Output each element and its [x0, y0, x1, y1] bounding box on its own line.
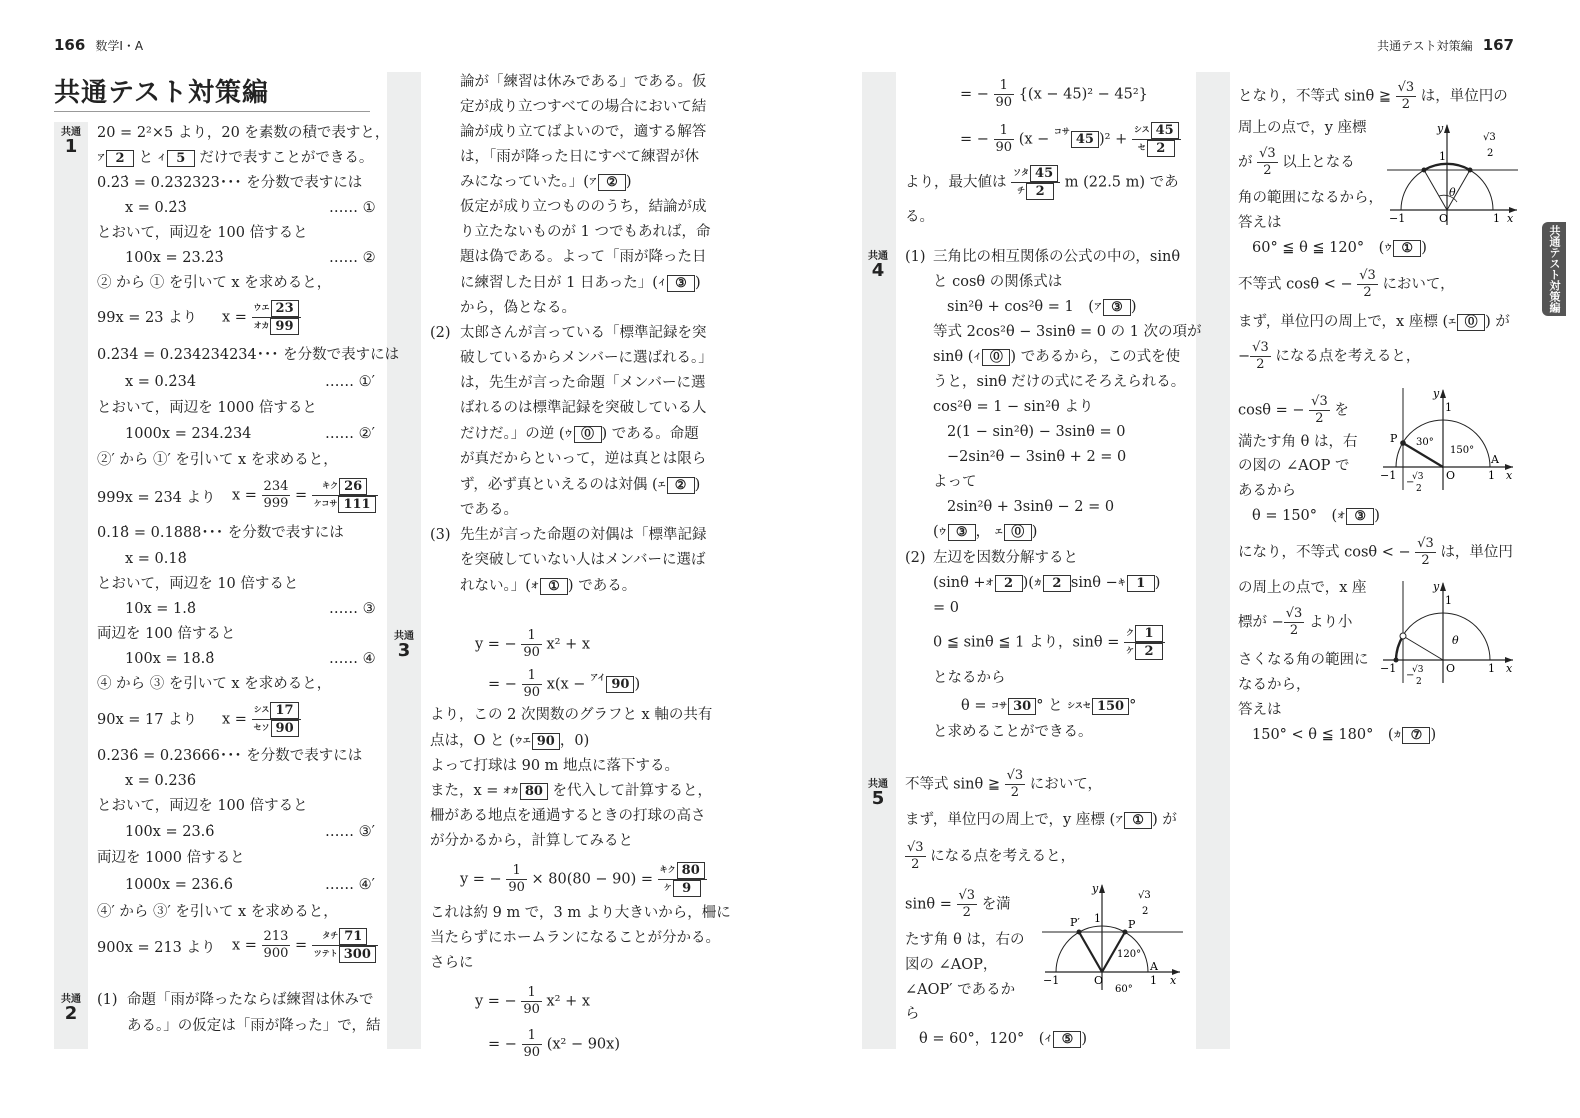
eq-number: …… ①′: [325, 372, 375, 392]
label-a: A: [1149, 960, 1159, 973]
label-y-one: 1: [1439, 150, 1446, 163]
answer-line: ず，必ず真といえるのは対偶 (エ②): [460, 475, 700, 495]
right-page-header: 共通テスト対策編167: [1367, 36, 1514, 54]
text-line: 不等式 cosθ < − √32 において，: [1238, 268, 1455, 304]
label-x: x: [1507, 212, 1514, 225]
text-line: が真だからといって，逆は真とは限ら: [460, 449, 706, 469]
right-gutter-col1: [862, 72, 896, 1049]
side-index-tab[interactable]: 共通テスト対策編: [1542, 222, 1566, 316]
text-line: とおいて，両辺を 100 倍すると: [97, 796, 308, 816]
problem-label-2: 共通2: [55, 995, 87, 1023]
answer-line: みになっていた。」(ア②): [460, 172, 632, 192]
answer-box-o: 2: [995, 575, 1023, 592]
label-one: 1: [1488, 662, 1495, 675]
equation: x = 0.18̇: [97, 549, 187, 569]
answer-box-o: ①: [540, 578, 568, 595]
answer-box-kosa: 30: [1008, 698, 1036, 715]
text-line: は，先生が言った命題「メンバーに選: [460, 373, 705, 393]
answer-box-i: ③: [667, 275, 695, 292]
answer-box-o: ③: [1346, 508, 1374, 525]
answer-line: だけだ。」の逆 (ウ⓪) である。命題: [460, 424, 699, 444]
label-angle-60: 60°: [1115, 984, 1133, 995]
text-line: 満たす角 θ は，右: [1238, 432, 1357, 452]
left-page-header: 166数学Ⅰ・A: [54, 36, 153, 54]
text-line: ばれるのは標準記録を突破している人: [460, 398, 707, 418]
right-section-title: 共通テスト対策編: [1377, 39, 1473, 53]
text-line: 周上の点で，y 座標: [1238, 118, 1367, 138]
text-line: さくなる角の範囲に: [1238, 650, 1369, 670]
answer-box-sota: 45: [1030, 165, 1058, 182]
text-line: と cosθ の関係式は: [933, 272, 1062, 292]
text-line: 不等式 sinθ ≧ √32 において，: [905, 768, 1102, 804]
eq-number: …… ①: [329, 198, 376, 218]
equation: 2sin²θ + 3sinθ − 2 = 0: [947, 497, 1114, 517]
text-line: ④ から ③ を引いて x を求めると，: [97, 674, 331, 694]
answer-line: まず，単位円の周上で，y 座標 (ア①) が: [905, 810, 1177, 830]
label-y: y: [1091, 882, 1099, 895]
answer-box-ai: 90: [606, 676, 634, 693]
text-line: は，「雨が降った日にすべて練習が休: [460, 147, 699, 167]
text-line: ある。」の仮定は「雨が降った」で，結: [127, 1016, 380, 1036]
fraction-answer: x = 213900 = タチ71ツテト300: [232, 928, 378, 968]
label-x: x: [1506, 662, 1513, 675]
equation: y = − 190 x² + x: [475, 985, 590, 1015]
label-y-one: 1: [1445, 401, 1452, 414]
answer-line: 150° < θ ≦ 180° (カ⑦): [1252, 725, 1436, 745]
text-line: ② から ① を引いて x を求めると，: [97, 273, 331, 293]
answer-box-a: ③: [1103, 299, 1131, 316]
text-line: あるから: [1238, 481, 1296, 501]
label-angle-150: 150°: [1450, 445, 1474, 456]
label-minus-one: −1: [1389, 212, 1405, 225]
text-line: ④′ から ③′ を引いて x を求めると，: [97, 902, 338, 922]
text-line: 標が −√32 より小: [1238, 606, 1352, 642]
text-line: の図の ∠AOP で: [1238, 456, 1349, 476]
answer-line: sinθ (イ⓪) であるから，この式を使: [933, 347, 1180, 367]
eq-number: …… ③: [329, 599, 376, 619]
text-line: 論が成り立てばよいので，適する解答: [460, 122, 706, 142]
problem-label-3: 共通3: [388, 632, 420, 660]
answer-line: より，最大値は ソタ45チ2 m (22.5 m) であ: [905, 165, 1179, 201]
equation: 1000x = 236.6̇: [97, 875, 233, 895]
label-minus-one: −1: [1043, 974, 1059, 987]
text-line: 論が「練習は休みである」である。仮: [460, 72, 707, 92]
answer-line: ア2 と イ5 だけで表すことができる。: [97, 148, 373, 168]
label-two: 2: [1416, 484, 1422, 494]
text-line: 両辺を 1000 倍すると: [97, 848, 245, 868]
unit-circle-diagram-cos-range: −1 O 1 x y 1 θ − √3 2: [1378, 578, 1518, 688]
text-line: り立たないものが 1 つでもあれば，命: [460, 222, 710, 242]
text-line: 0.2̇34̇ = 0.234234234･･･ を分数で表すには: [97, 345, 399, 365]
equation: 2(1 − sin²θ) − 3sinθ = 0: [947, 422, 1125, 442]
answer-box-i: ⑤: [1053, 1031, 1081, 1048]
answer-box-kosa: 45: [1071, 131, 1099, 148]
label-two: 2: [1416, 677, 1422, 687]
answer-line: sin²θ + cos²θ = 1 (ア③): [947, 297, 1137, 317]
label-x: x: [1170, 974, 1177, 987]
label-two: 2: [1142, 906, 1148, 917]
text-line: 角の範囲になるから，: [1238, 188, 1383, 208]
equation: y = − 190 × 80(80 − 90) = キク80ケ9: [460, 862, 707, 898]
equation: 99x = 23 より: [97, 308, 197, 328]
answer-box-ke: 2: [1135, 643, 1163, 660]
text-line: 破しているからメンバーに選ばれる。」: [460, 348, 713, 368]
text-line: 0.18̇ = 0.1888･･･ を分数で表すには: [97, 523, 344, 543]
label-origin: O: [1439, 212, 1448, 225]
fraction-answer: x = ウエ23オカ99: [222, 300, 301, 340]
equation: y = − 190 x² + x: [475, 628, 590, 658]
right-page-number: 167: [1483, 36, 1514, 54]
eq-number: …… ④′: [325, 875, 375, 895]
answer-line: (ウ③， エ⓪): [933, 522, 1037, 542]
unit-circle-diagram-sin: −1 O 1 x y 1 P P′ A 120° 60° √3 2: [1040, 880, 1185, 995]
answer-box-ka: ⑦: [1402, 727, 1430, 744]
eq-number: …… ④: [329, 649, 376, 669]
text-line: ②′ から ①′ を引いて x を求めると，: [97, 450, 338, 470]
text-line: なるから，: [1238, 675, 1311, 695]
answer-box-shisu: 45: [1151, 122, 1179, 139]
answer-line: 0 ≦ sinθ ≦ 1 より，sinθ = ク1ケ2: [933, 625, 1165, 661]
answer-box-u: ③: [948, 524, 976, 541]
answer-line: (sinθ +オ2)(カ2sinθ −キ1): [933, 573, 1160, 593]
left-section-title: 数学Ⅰ・A: [95, 39, 143, 53]
answer-line: に練習した日が 1 日あった」(イ③): [460, 273, 701, 293]
label-p: P: [1128, 918, 1136, 931]
answer-line: 点は，O と (ウエ90，0): [430, 731, 589, 751]
left-gutter-col2: [387, 72, 421, 1049]
answer-line: れない。」(オ①) である。: [460, 576, 636, 596]
label-angle-120: 120°: [1117, 949, 1141, 960]
label-sqrt3: √3: [1483, 132, 1496, 143]
left-gutter-col1: [54, 122, 88, 1049]
text-line: 両辺を 100 倍すると: [97, 624, 235, 644]
label-angle-30: 30°: [1416, 437, 1434, 448]
equation: = 0: [933, 598, 959, 618]
eq-number: …… ③′: [325, 822, 375, 842]
equation: 90x = 17 より: [97, 710, 197, 730]
text-line: 先生が言った命題の対偶は「標準記録: [460, 525, 707, 545]
text-line: sinθ = √32 を満: [905, 888, 1011, 924]
answer-box-u: ⓪: [574, 426, 602, 443]
label-theta: θ: [1452, 634, 1459, 647]
text-line: 定が成り立つすべての場合において結: [460, 97, 706, 117]
text-line: 答えは: [1238, 700, 1282, 720]
answer-line: θ = 60°，120° (イ⑤): [919, 1029, 1087, 1049]
equation: x = 0.2̇34̇: [97, 372, 196, 392]
answer-box-e: ⓪: [1004, 524, 1032, 541]
text-line: 図の ∠AOP，: [905, 955, 997, 975]
unit-circle-diagram-cos: −1 O 1 x y 1 P A 30° 150° − √3 2: [1378, 385, 1518, 495]
text-line: とおいて，両辺を 1000 倍すると: [97, 398, 317, 418]
answer-box-se: 2: [1147, 140, 1175, 157]
answer-box-chi: 2: [1026, 183, 1054, 200]
equation: 10x = 1.8̇: [97, 599, 196, 619]
equation: −2sin²θ − 3sinθ + 2 = 0: [947, 447, 1126, 467]
answer-box-shisu: 17: [270, 702, 298, 719]
label-sqrt3: √3: [1412, 664, 1424, 675]
label-origin: O: [1094, 974, 1103, 987]
answer-box-kiku: 26: [339, 478, 367, 495]
label-origin: O: [1446, 662, 1455, 675]
equation: cos²θ = 1 − sin²θ より: [933, 397, 1093, 417]
text-line: である。: [460, 500, 518, 520]
text-line: 仮定が成り立つもののうち，結論が成: [460, 197, 707, 217]
answer-box-oka: 80: [520, 783, 548, 800]
label-minus-one: −1: [1380, 662, 1396, 675]
answer-box-ke: 9: [673, 880, 701, 897]
equation: 100x = 23.2̇3̇: [97, 248, 224, 268]
problem-label-1: 共通1: [55, 128, 87, 156]
label-x: x: [1506, 469, 1513, 482]
label-one: 1: [1493, 212, 1500, 225]
sub-question-number: (2): [905, 548, 926, 568]
text-line: よって打球は 90 m 地点に落下する。: [430, 756, 679, 776]
answer-box-a: ①: [1124, 812, 1152, 829]
text-line: cosθ = − √32 を: [1238, 394, 1349, 430]
label-p: P: [1390, 432, 1398, 445]
label-y: y: [1432, 387, 1440, 400]
text-line: さらに: [430, 953, 474, 973]
text-line: 0.236̇ = 0.23666･･･ を分数で表すには: [97, 746, 362, 766]
equation: = − 190 {(x − 45)² − 45²}: [960, 78, 1148, 108]
text-line: うと，sinθ だけの式にそろえられる。: [933, 372, 1185, 392]
equation: = − 190 (x − コサ45)² + シス45セ2: [960, 122, 1181, 158]
text-line: 柵がある地点を通過するときの打球の高さ: [430, 806, 706, 826]
label-y: y: [1432, 580, 1440, 593]
answer-box-ka: 2: [1043, 575, 1071, 592]
answer-box-shisuse: 150: [1092, 698, 1129, 715]
answer-box-a: 2: [106, 150, 134, 167]
text-line: となるから: [933, 668, 1006, 688]
text-line: ∠AOP′ であるか: [905, 980, 1015, 1000]
equation: 100x = 18.8̇: [97, 649, 215, 669]
text-line: 三角比の相互関係の公式の中の，sinθ: [933, 247, 1180, 267]
sub-question-number: (1): [905, 247, 926, 267]
answer-box-ku: 1: [1135, 625, 1163, 642]
text-line: 20 = 2²×5 より，20 を素数の積で表すと，: [97, 123, 389, 143]
equation: 1000x = 234.2̇34̇: [97, 424, 251, 444]
fraction-answer: x = シス17セソ90: [222, 702, 301, 742]
equation: x = 0.2̇3̇: [97, 198, 187, 218]
label-theta: θ: [1449, 186, 1456, 199]
text-line: よって: [933, 472, 977, 492]
answer-line: 60° ≦ θ ≦ 120° (ウ①): [1252, 238, 1427, 258]
text-line: 左辺を因数分解すると: [933, 548, 1078, 568]
label-y-one: 1: [1094, 912, 1101, 925]
text-line: 題は偽である。よって「雨が降った日: [460, 247, 707, 267]
label-sqrt3: √3: [1412, 471, 1424, 482]
answer-box-i: ⓪: [982, 349, 1010, 366]
text-line: となり，不等式 sinθ ≧ √32 は，単位円の: [1238, 80, 1508, 116]
answer-box-tachi: 71: [339, 928, 367, 945]
chapter-title: 共通テスト対策編: [54, 72, 370, 112]
text-line: 答えは: [1238, 213, 1282, 233]
text-line: の周上の点で，x 座: [1238, 578, 1367, 598]
right-gutter-col2: [1196, 72, 1230, 1049]
text-line: る。: [905, 207, 934, 227]
text-line: とおいて，両辺を 100 倍すると: [97, 223, 308, 243]
text-line: と求めることができる。: [933, 722, 1093, 742]
text-line: 等式 2cos²θ − 3sinθ = 0 の 1 次の項が: [933, 322, 1202, 342]
answer-box-a: ②: [598, 174, 626, 191]
answer-box-tsuteto: 300: [339, 946, 376, 963]
answer-box-ue: 23: [271, 300, 299, 317]
sub-question-number: (1): [97, 990, 118, 1010]
label-origin: O: [1446, 469, 1455, 482]
answer-box-seso: 90: [271, 720, 299, 737]
fraction-answer: x = 234999 = キク26ケコサ111: [232, 478, 378, 518]
eq-number: …… ②′: [325, 424, 375, 444]
text-line: これは約 9 m で，3 m より大きいから，柵に: [430, 903, 731, 923]
label-sqrt3: √3: [1138, 890, 1151, 901]
label-two: 2: [1487, 148, 1493, 159]
answer-line: また，x = オカ80 を代入して計算すると，: [430, 781, 712, 801]
text-line: −√32 になる点を考えると，: [1238, 340, 1420, 376]
text-line: 太郎さんが言っている「標準記録を突: [460, 323, 707, 343]
equation: x = 0.236̇: [97, 771, 196, 791]
text-line: ら: [905, 1004, 920, 1024]
label-minus-one: −1: [1380, 469, 1396, 482]
answer-box-ki: 1: [1127, 575, 1155, 592]
label-y-one: 1: [1445, 594, 1452, 607]
left-page-number: 166: [54, 36, 85, 54]
problem-label-4: 共通4: [862, 252, 894, 280]
text-line: たす角 θ は，右の: [905, 930, 1024, 950]
text-line: を突破していない人はメンバーに選ば: [460, 550, 705, 570]
answer-line: θ = コサ30° と シスセ150°: [961, 696, 1136, 716]
answer-line: θ = 150° (オ③): [1252, 506, 1380, 526]
answer-box-u: ①: [1393, 240, 1421, 257]
equation: 900x = 213 より: [97, 938, 216, 958]
sub-question-number: (2): [430, 323, 451, 343]
text-line: が分かるから，計算してみると: [430, 831, 633, 851]
text-line: 当たらずにホームランになることが分かる。: [430, 928, 720, 948]
answer-box-e: ②: [667, 477, 695, 494]
label-one: 1: [1488, 469, 1495, 482]
equation: = − 190 x(x − アイ90): [488, 668, 640, 698]
equation: 100x = 23.6̇: [97, 822, 215, 842]
text-line: より，この 2 次関数のグラフと x 軸の共有: [430, 705, 712, 725]
answer-box-e: ⓪: [1457, 314, 1485, 331]
label-y: y: [1436, 122, 1444, 135]
sub-question-number: (3): [430, 525, 451, 545]
problem-label-5: 共通5: [862, 780, 894, 808]
unit-circle-diagram-sin-range: −1 O 1 x y 1 θ √3 2: [1385, 120, 1520, 230]
answer-box-kekosa: 111: [338, 496, 375, 513]
text-line: 命題「雨が降ったならば練習は休みで: [127, 990, 374, 1010]
text-line: とおいて，両辺を 10 倍すると: [97, 574, 298, 594]
answer-box-ue: 90: [532, 733, 560, 750]
equation: 999x = 234 より: [97, 488, 216, 508]
text-line: √32 になる点を考えると，: [905, 840, 1075, 876]
answer-line: まず，単位円の周上で，x 座標 (エ⓪) が: [1238, 312, 1510, 332]
label-p-prime: P′: [1070, 916, 1080, 929]
answer-box-kiku: 80: [677, 862, 705, 879]
label-one: 1: [1150, 974, 1157, 987]
answer-box-oka: 99: [270, 318, 298, 335]
text-line: 0.2̇3̇ = 0.232323･･･ を分数で表すには: [97, 173, 362, 193]
answer-box-i: 5: [167, 150, 195, 167]
text-line: が √32 以上となる: [1238, 146, 1355, 182]
text-line: になり，不等式 cosθ < − √32 は，単位円: [1238, 536, 1513, 572]
text-line: から，偽となる。: [460, 298, 576, 318]
label-a: A: [1490, 453, 1500, 466]
equation: = − 190 (x² − 90x): [488, 1028, 620, 1058]
eq-number: …… ②: [329, 248, 376, 268]
